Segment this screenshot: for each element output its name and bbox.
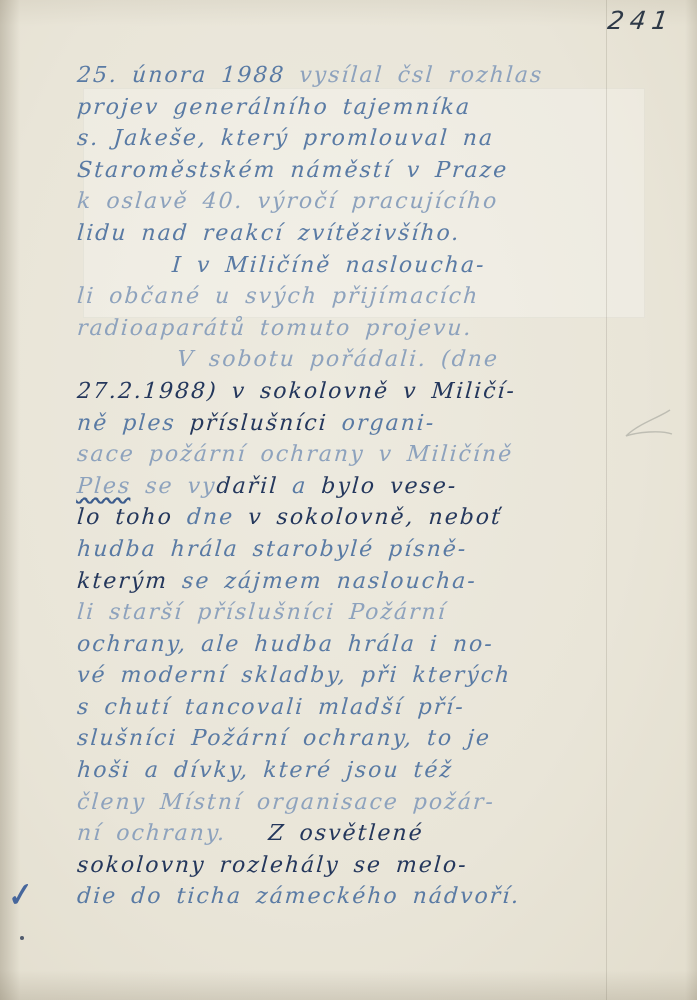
handwritten-segment: 27.2.1988) (76, 379, 232, 404)
handwritten-segment: se zájmem nasloucha- (167, 569, 477, 594)
handwritten-line: V sobotu pořádali. (dne (76, 344, 663, 376)
handwritten-segment: a (277, 474, 322, 499)
handwritten-line: slušníci Požární ochrany, to je (76, 723, 663, 755)
handwritten-segment: dne (186, 505, 235, 530)
handwritten-segment: hudba hrála starobylé písně- (76, 537, 468, 562)
handwritten-segment: hoši a dívky, které jsou též (76, 758, 454, 783)
handwritten-line: hoši a dívky, které jsou též (76, 755, 663, 787)
handwritten-line: k oslavě 40. výročí pracujícího (76, 186, 663, 218)
handwritten-line: lo toho dne v sokolovně, neboť (76, 502, 663, 534)
handwritten-line: projev generálního tajemníka (76, 92, 663, 124)
manuscript-page: 241 25. února 1988 vysílal čsl rozhlaspr… (0, 0, 697, 1000)
handwritten-segment: slušníci Požární ochrany, to je (76, 726, 492, 751)
handwritten-line: kterým se zájmem nasloucha- (76, 566, 663, 598)
handwritten-segment: li občané u svých přijímacích (76, 284, 480, 309)
handwritten-segment: příslušníci (189, 411, 329, 436)
handwritten-segment: s chutí tancovali mladší pří- (76, 695, 465, 720)
handwritten-line: li občané u svých přijímacích (76, 281, 663, 313)
handwritten-line: sokolovny rozlehály se melo- (76, 850, 663, 882)
handwritten-segment: s. Jakeše, který promlouval na (76, 126, 495, 151)
handwritten-line: s. Jakeše, který promlouval na (76, 123, 663, 155)
handwritten-segment: bylo vese- (320, 474, 458, 499)
handwritten-line: 27.2.1988) v sokolovně v Miličí- (76, 376, 663, 408)
handwritten-segment: sace požární ochrany v Miličíně (76, 442, 514, 467)
handwritten-segment: členy Místní organisace požár- (76, 790, 496, 815)
handwritten-segment: radioaparátů tomuto projevu. (76, 316, 473, 341)
handwritten-segment: V sobotu pořádali. (dne (176, 347, 500, 372)
handwritten-line: die do ticha zámeckého nádvoří. (76, 881, 663, 913)
handwritten-segment: sokolovny rozlehály se melo- (76, 853, 468, 878)
handwritten-line: 25. února 1988 vysílal čsl rozhlas (76, 60, 663, 92)
handwritten-segment: Z osvětlené (267, 821, 424, 846)
handwritten-line: lidu nad reakcí zvítězivšího. (76, 218, 663, 250)
handwritten-segment: dařil (216, 474, 280, 499)
handwritten-segment: v sokolovně, neboť (233, 505, 503, 530)
handwritten-segment: I v Miličíně nasloucha- (171, 253, 486, 278)
pencil-squiggle-mark (608, 408, 678, 448)
handwritten-segment: v sokolovně v Miličí- (231, 379, 517, 404)
handwritten-line: radioaparátů tomuto projevu. (76, 313, 663, 345)
handwritten-segment: vé moderní skladby, při kterých (76, 663, 512, 688)
handwritten-segment: vysílal čsl rozhlas (298, 63, 544, 88)
page-number: 241 (606, 6, 676, 35)
handwritten-line: sace požární ochrany v Miličíně (76, 439, 663, 471)
handwritten-segment: li starší příslušníci Požární (76, 600, 447, 625)
handwritten-line: ně ples příslušníci organi- (76, 408, 663, 440)
ink-speck (20, 936, 24, 940)
handwritten-segment: organi- (327, 411, 436, 436)
handwritten-segment: die do ticha zámeckého nádvoří. (76, 884, 521, 909)
handwritten-line: li starší příslušníci Požární (76, 597, 663, 629)
handwritten-segment: k oslavě 40. výročí pracujícího (76, 189, 499, 214)
handwritten-line: ochrany, ale hudba hrála i no- (76, 629, 663, 661)
handwritten-segment: kterým (76, 569, 169, 594)
handwritten-line: I v Miličíně nasloucha- (76, 250, 663, 282)
handwritten-segment: se vy (130, 474, 217, 499)
handwritten-segment: ně ples (76, 411, 190, 436)
handwritten-text: 25. února 1988 vysílal čsl rozhlasprojev… (76, 60, 661, 913)
handwritten-line: ní ochrany. Z osvětlené (76, 818, 663, 850)
handwritten-segment: lo toho (76, 505, 188, 530)
handwritten-segment: 25. února 1988 (76, 63, 300, 88)
handwritten-segment: ochrany, ale hudba hrála i no- (76, 632, 494, 657)
handwritten-segment: Staroměstském náměstí v Praze (76, 158, 509, 183)
handwritten-line: hudba hrála starobylé písně- (76, 534, 663, 566)
handwritten-segment: ní ochrany. (76, 821, 269, 846)
handwritten-line: Ples se vydařil a bylo vese- (76, 471, 663, 503)
check-mark-icon: ✓ (8, 875, 34, 916)
handwritten-line: vé moderní skladby, při kterých (76, 660, 663, 692)
handwritten-segment: lidu nad reakcí zvítězivšího. (76, 221, 461, 246)
handwritten-line: s chutí tancovali mladší pří- (76, 692, 663, 724)
handwritten-line: Staroměstském náměstí v Praze (76, 155, 663, 187)
handwritten-line: členy Místní organisace požár- (76, 787, 663, 819)
handwritten-segment: projev generálního tajemníka (76, 95, 472, 120)
handwritten-segment: Ples (76, 474, 132, 499)
